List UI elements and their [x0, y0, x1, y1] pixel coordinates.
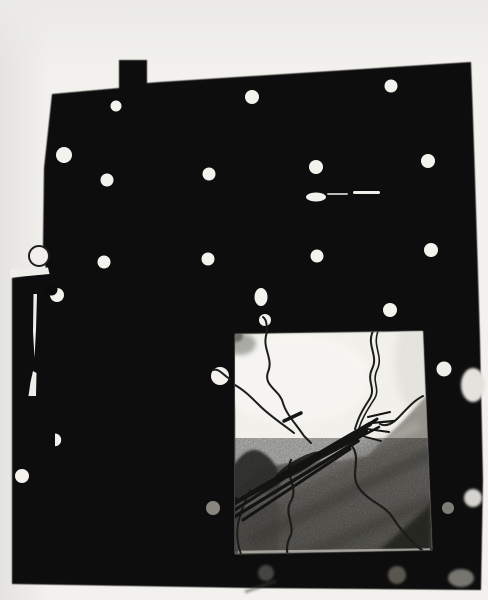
- hole: [98, 256, 111, 269]
- hole: [421, 154, 435, 168]
- paper-shade-top: [0, 0, 488, 70]
- hole: [385, 80, 398, 93]
- hole: [56, 147, 72, 163]
- edge-notch: [464, 489, 482, 507]
- hole: [309, 160, 323, 174]
- hole: [111, 101, 122, 112]
- scratch-dash-2: [353, 191, 380, 194]
- hole: [203, 168, 216, 181]
- hole: [424, 243, 438, 257]
- hole-oval: [255, 288, 268, 306]
- photo-svg: [0, 0, 488, 600]
- hole: [15, 469, 29, 483]
- photograph: [0, 0, 488, 600]
- scratch-blob: [306, 193, 326, 202]
- hole: [383, 303, 397, 317]
- corner-blotch: [448, 569, 474, 587]
- hole-dim: [442, 502, 454, 514]
- scratch-dash-1: [327, 193, 348, 195]
- layers-root: [0, 0, 488, 600]
- hole-dim: [258, 565, 274, 581]
- hole: [245, 90, 259, 104]
- hole: [101, 174, 114, 187]
- edge-notch: [461, 368, 485, 402]
- hole-crescent-shadow: [46, 284, 58, 296]
- hole: [311, 250, 324, 263]
- edge-ring-hole: [29, 246, 49, 266]
- hole: [437, 362, 452, 377]
- hole-dim: [388, 566, 406, 584]
- hole: [202, 253, 215, 266]
- hole-dim: [206, 501, 220, 515]
